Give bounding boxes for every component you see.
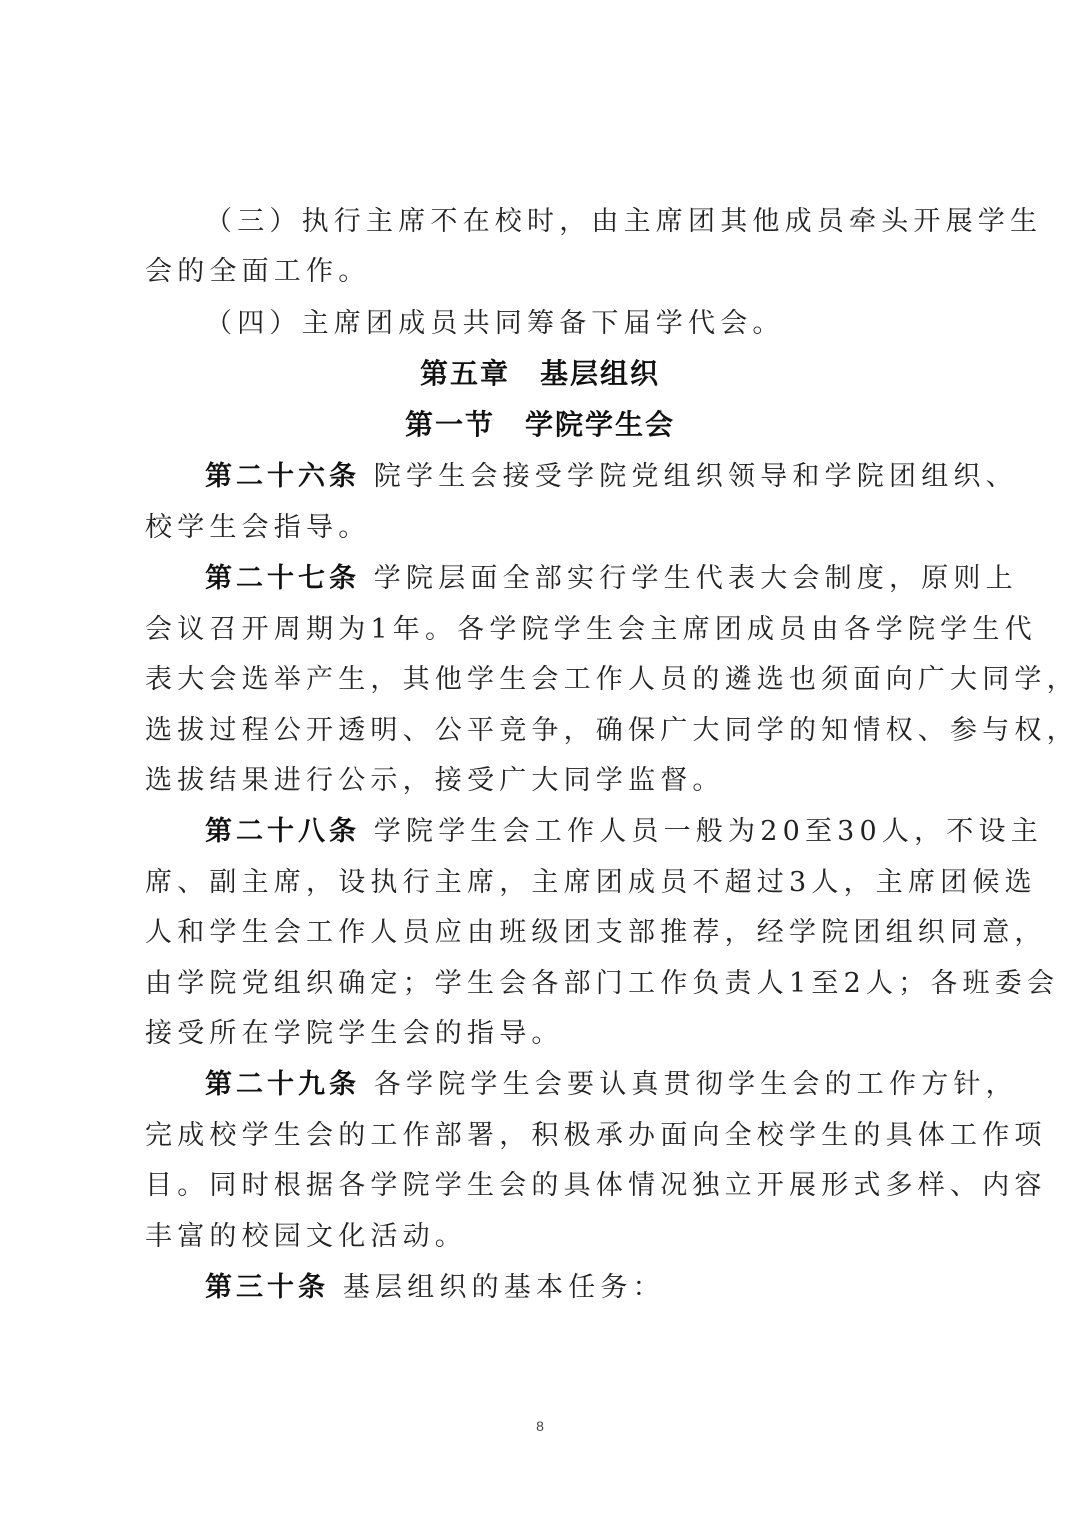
- article-26-line-2: 校学生会指导。: [145, 511, 945, 545]
- section-title: 第一节 学院学生会: [0, 407, 1080, 443]
- item-3-line-1: （三）执行主席不在校时，由主席团其他成员牵头开展学生: [205, 205, 945, 239]
- article-text: 院学生会接受学院党组织领导和学院团组织、: [374, 461, 1018, 492]
- article-26-line-1: 第二十六条 院学生会接受学院党组织领导和学院团组织、: [205, 460, 945, 494]
- page-number: 8: [0, 1418, 1080, 1434]
- article-28-line-3: 人和学生会工作人员应由班级团支部推荐，经学院团组织同意，: [145, 916, 945, 950]
- article-number: 第二十九条: [205, 1069, 360, 1100]
- article-29-line-1: 第二十九条 各学院学生会要认真贯彻学生会的工作方针，: [205, 1068, 945, 1102]
- item-4-line-1: （四）主席团成员共同筹备下届学代会。: [205, 307, 945, 341]
- article-27-line-2: 会议召开周期为1年。各学院学生会主席团成员由各学院学生代: [145, 613, 945, 647]
- article-number: 第二十六条: [205, 461, 360, 492]
- item-3-line-2: 会的全面工作。: [145, 255, 945, 289]
- article-27-line-1: 第二十七条 学院层面全部实行学生代表大会制度，原则上: [205, 562, 945, 596]
- article-number: 第二十七条: [205, 563, 360, 594]
- article-text: 学院学生会工作人员一般为20至30人，不设主: [374, 816, 1043, 847]
- article-27-line-4: 选拔过程公开透明、公平竞争，确保广大同学的知情权、参与权，: [145, 714, 945, 748]
- article-28-line-1: 第二十八条 学院学生会工作人员一般为20至30人，不设主: [205, 815, 945, 849]
- article-28-line-2: 席、副主席，设执行主席，主席团成员不超过3人，主席团候选: [145, 866, 945, 900]
- article-28-line-5: 接受所在学院学生会的指导。: [145, 1017, 945, 1051]
- article-text: 基层组织的基本任务：: [343, 1272, 665, 1303]
- article-29-line-2: 完成校学生会的工作部署，积极承办面向全校学生的具体工作项: [145, 1119, 945, 1153]
- chapter-title: 第五章 基层组织: [0, 356, 1080, 392]
- article-number: 第二十八条: [205, 816, 360, 847]
- article-27-line-5: 选拔结果进行公示，接受广大同学监督。: [145, 764, 945, 798]
- article-29-line-3: 目。同时根据各学院学生会的具体情况独立开展形式多样、内容: [145, 1169, 945, 1203]
- article-text: 各学院学生会要认真贯彻学生会的工作方针，: [374, 1069, 1018, 1100]
- article-number: 第三十条: [205, 1272, 329, 1303]
- article-28-line-4: 由学院党组织确定；学生会各部门工作负责人1至2人；各班委会: [145, 967, 945, 1001]
- article-27-line-3: 表大会选举产生，其他学生会工作人员的遴选也须面向广大同学，: [145, 663, 945, 697]
- article-text: 学院层面全部实行学生代表大会制度，原则上: [374, 563, 1018, 594]
- article-29-line-4: 丰富的校园文化活动。: [145, 1220, 945, 1254]
- article-30-line-1: 第三十条 基层组织的基本任务：: [205, 1271, 945, 1305]
- document-page: （三）执行主席不在校时，由主席团其他成员牵头开展学生 会的全面工作。 （四）主席…: [0, 0, 1080, 1527]
